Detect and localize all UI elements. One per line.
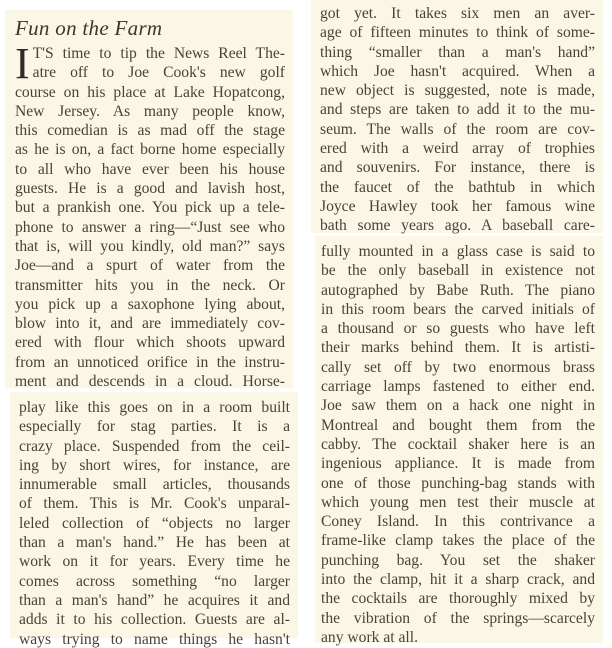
text-line: ered with flour which shoots upward (15, 333, 285, 352)
text-line: autographed by Babe Ruth. The piano (321, 281, 595, 300)
text-line: fully mounted in a glass case is said to (321, 242, 595, 261)
text-line: in this room bears the carved initials o… (321, 300, 595, 319)
text-line: ways trying to name things he hasn't (19, 630, 290, 648)
text-line: adds it to his collection. Guests are al… (19, 610, 290, 629)
text-line: ing by short wires, for instance, are (19, 456, 290, 475)
text-line: their marks behind them. It is artisti- (321, 338, 595, 357)
text-line: than a man's hand” he acquires it and (19, 591, 290, 610)
text-line: T'S time to tip the News Reel The- (33, 44, 285, 63)
text-line: as he is on, a fact borne home especiall… (15, 140, 285, 159)
text-line: and souvenirs. For instance, there is (320, 158, 595, 177)
text-line: a thousand or so guests who have left (321, 319, 595, 338)
text-line: that is, will you kindly, old man?” says (15, 237, 285, 256)
text-line: Montreal and bought them from the (321, 416, 595, 435)
text-line: Joyce Hawley took her famous wine (320, 197, 595, 216)
article-clipping-column2-top: got yet. It takes six men an aver- age o… (311, 0, 603, 233)
article-clipping-column1-bottom: play like this goes on in a room built e… (10, 392, 298, 638)
text-line: Joe saw them on a hack one night in (321, 396, 595, 415)
text-line: course on his place at Lake Hopatcong, (15, 83, 285, 102)
text-line: new object is suggested, note is made, (320, 81, 595, 100)
text-line: cabby. The cocktail shaker here is an (321, 435, 595, 454)
article-clipping-column1-top: Fun on the Farm I T'S time to tip the Ne… (5, 10, 293, 388)
text-line: cally set off by two enormous brass (321, 358, 595, 377)
text-line: any work at all. (321, 628, 595, 647)
text-line: guests. He is a good and lavish host, (15, 179, 285, 198)
text-line: the vibration of the springs—scarcely (321, 609, 595, 628)
text-line: innumerable small articles, thousands (19, 475, 290, 494)
text-line: play like this goes on in a room built (19, 398, 290, 417)
text-line: Joe—and a spurt of water from the (15, 256, 285, 275)
text-line: Coney Island. In this contrivance a (321, 512, 595, 531)
text-line: than a man's hand.” He has been at (19, 533, 290, 552)
text-line: ingenious appliance. It is made from (321, 454, 595, 473)
text-line: the faucet of the bathtub in which (320, 178, 595, 197)
text-line: this comedian is as mad off the stage (15, 121, 285, 140)
text-line: the cocktails are thoroughly mixed by (321, 589, 595, 608)
opening-paragraph: I T'S time to tip the News Reel The- atr… (15, 44, 285, 83)
text-line: into the clamp, hit it a sharp crack, an… (321, 570, 595, 589)
text-line: to all who have ever been his house (15, 160, 285, 179)
text-line: and steps are taken to add it to the mu- (320, 100, 595, 119)
text-line: punching bag. You set the shaker (321, 551, 595, 570)
text-line: bath some years ago. A baseball care- (320, 216, 595, 235)
text-line: leled collection of “objects no larger (19, 514, 290, 533)
text-line: blow into it, and are immediately cov- (15, 314, 285, 333)
text-line: got yet. It takes six men an aver- (320, 4, 595, 23)
text-line: from an unnoticed orifice in the instru- (15, 353, 285, 372)
text-line: age of fifteen minutes to think of some- (320, 23, 595, 42)
text-line: which Joe hasn't acquired. When a (320, 62, 595, 81)
text-line: atre off to Joe Cook's new golf (33, 63, 285, 82)
text-line: ment and descends in a cloud. Horse- (15, 372, 285, 391)
text-line: comes across something “no larger (19, 572, 290, 591)
article-clipping-column2-bottom: fully mounted in a glass case is said to… (315, 236, 603, 643)
text-line: one of those punching-bag stands with (321, 474, 595, 493)
text-line: work on it for years. Every time he (19, 552, 290, 571)
text-line: carriage lamps fastened to either end. (321, 377, 595, 396)
text-line: especially for stag parties. It is a (19, 417, 290, 436)
text-line: crazy place. Suspended from the ceil- (19, 437, 290, 456)
text-line: ered with a weird array of trophies (320, 139, 595, 158)
text-line: seum. The walls of the room are cov- (320, 120, 595, 139)
text-line: transmitter hits you in the neck. Or (15, 276, 285, 295)
drop-cap: I (15, 46, 30, 82)
text-line: phone to answer a ring—“Just see who (15, 218, 285, 237)
text-line: of them. This is Mr. Cook's unparal- (19, 494, 290, 513)
text-line: but a prankish one. You pick up a tele- (15, 198, 285, 217)
text-line: thing “smaller than a man's hand” (320, 43, 595, 62)
article-title: Fun on the Farm (15, 16, 285, 44)
text-line: frame-like clamp takes the place of the (321, 531, 595, 550)
text-line: be the only baseball in existence not (321, 261, 595, 280)
text-line: you pick up a saxophone lying about, (15, 295, 285, 314)
text-line: which young men test their muscle at (321, 493, 595, 512)
text-line: New Jersey. As many people know, (15, 102, 285, 121)
